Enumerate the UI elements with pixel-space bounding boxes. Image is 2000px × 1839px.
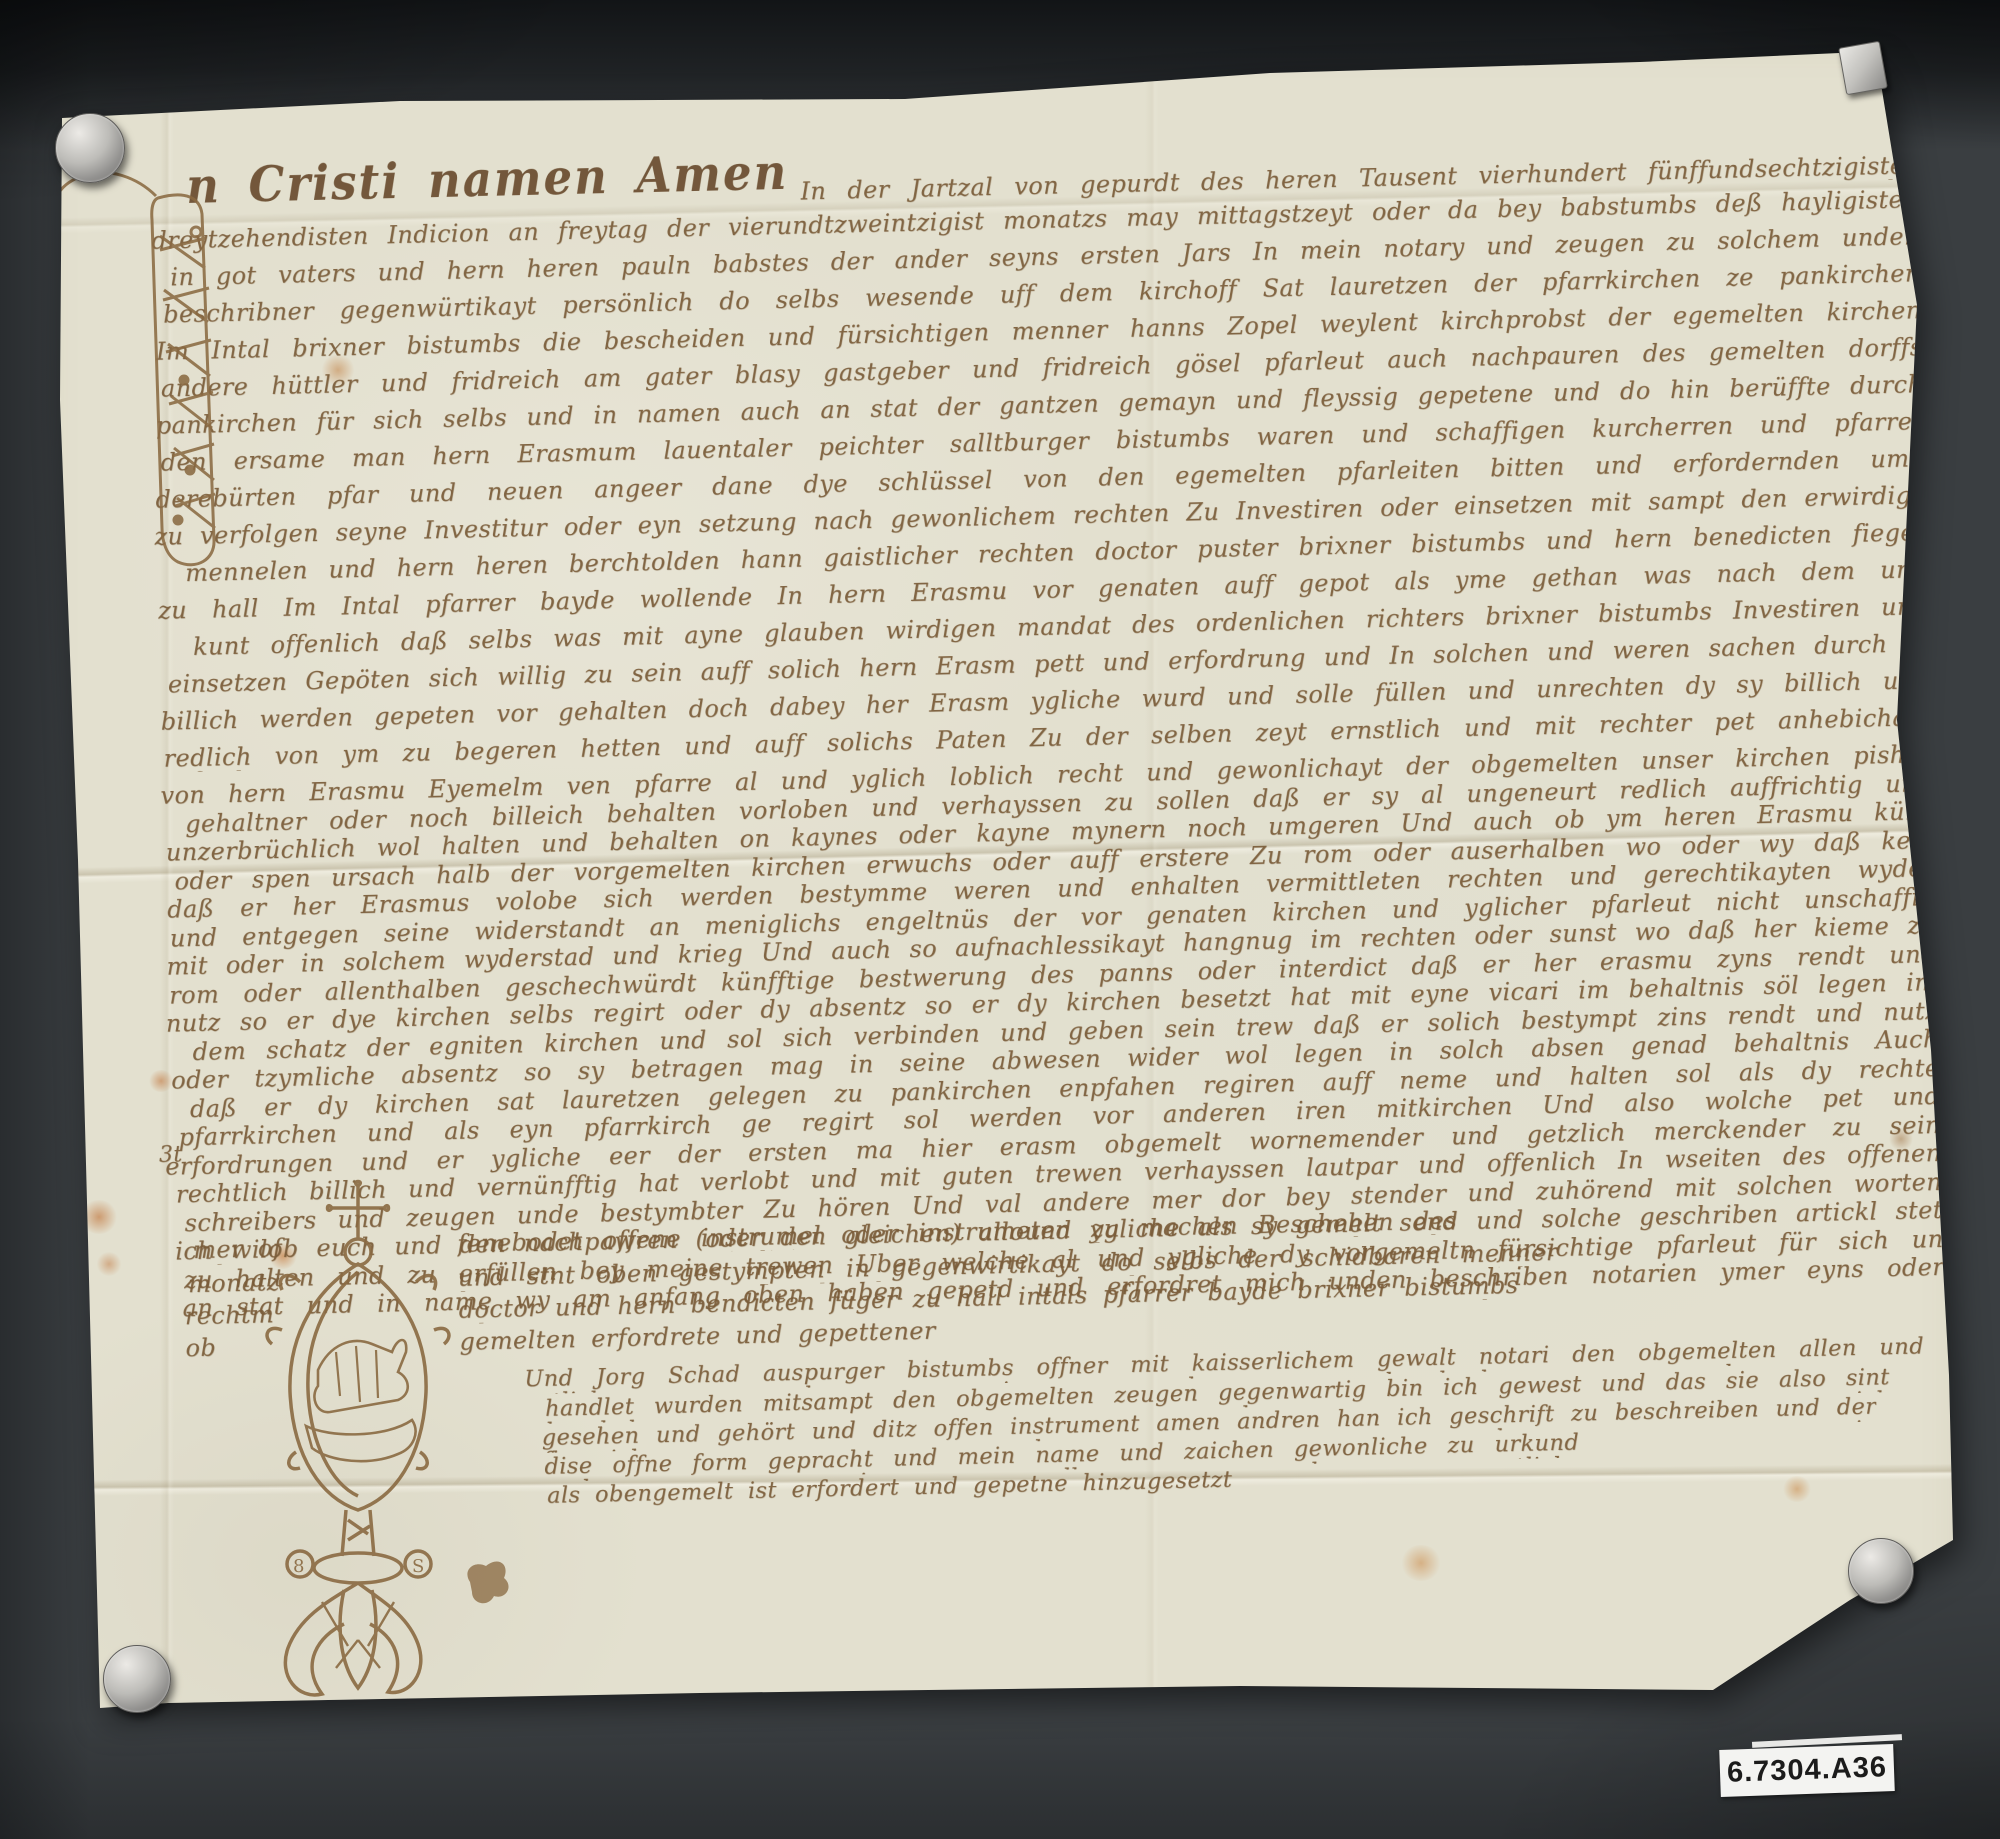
- manuscript-line: gemelten erfordrete und gepettener: [459, 1319, 936, 1354]
- metal-weight-disc-bottom-left: [103, 1645, 171, 1713]
- manuscript-line: monatz: [188, 1270, 280, 1296]
- manuscript-text: n Cristi namen Amen In der Jartzal von g…: [0, 0, 2000, 1839]
- archival-photo: n Cristi namen Amen In der Jartzal von g…: [0, 0, 2000, 1839]
- manuscript-line: rechtm: [185, 1302, 275, 1328]
- manuscript-line: ob: [185, 1336, 216, 1361]
- parchment-charter: n Cristi namen Amen In der Jartzal von g…: [0, 0, 2000, 1839]
- archive-label-text: 6.7304.A36: [1726, 1751, 1887, 1790]
- parchment-wrap: n Cristi namen Amen In der Jartzal von g…: [0, 0, 2000, 1839]
- opening-words: n Cristi namen Amen: [186, 144, 789, 215]
- archive-label: 6.7304.A36: [1719, 1744, 1895, 1797]
- svg-text:S: S: [19, 154, 63, 218]
- metal-weight-cube-top-right: [1838, 41, 1888, 96]
- metal-weight-disc-right: [1848, 1538, 1914, 1604]
- metal-weight-disc-top-left: [55, 113, 125, 183]
- manuscript-line: mer of: [193, 1236, 282, 1262]
- manuscript-line: 3t: [159, 1144, 183, 1167]
